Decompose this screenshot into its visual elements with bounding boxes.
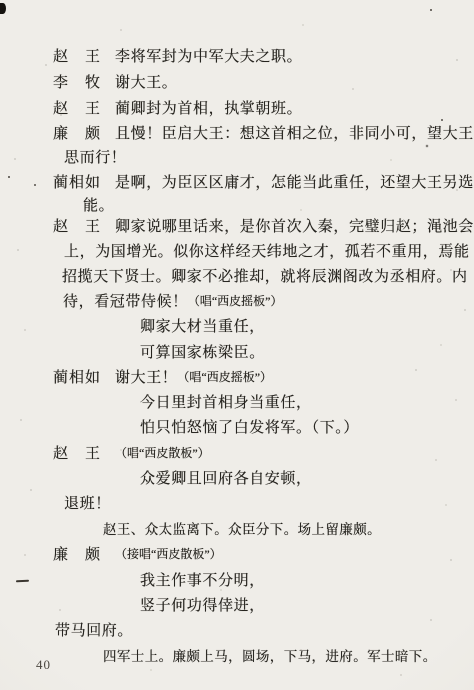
speaker-name: 廉 颇 <box>53 543 115 564</box>
scan-pencil-mark <box>16 580 29 583</box>
script-line: 上，为国增光。似你这样经天纬地之才，孤若不重用，焉能 <box>64 240 470 261</box>
aria-note: （唱“西皮摇板”） <box>188 294 283 308</box>
script-line: 蔺相如谢大王！（唱“西皮摇板”） <box>53 366 272 387</box>
script-line: 思而行！ <box>64 146 126 167</box>
script-line: 赵 王蔺卿封为首相，执掌朝班。 <box>53 97 302 118</box>
verse-text: 众爱卿且回府各自安顿， <box>140 471 312 487</box>
stage-direction: 赵王、众太监离下。众臣分下。场上留廉颇。 <box>103 518 381 538</box>
script-verse-line: 竖子何功得倖进， <box>140 594 265 615</box>
script-verse-line: 卿家大材当重任， <box>140 315 265 336</box>
script-line: 能。 <box>83 194 114 215</box>
dialogue-text: 谢大王！ <box>115 370 177 386</box>
verse-text: 卿家大材当重任， <box>140 319 265 335</box>
script-verse-line: 今日里封首相身当重任， <box>140 391 312 412</box>
exit-note: （下。） <box>312 420 359 436</box>
dialogue-text: 待，看冠带侍候！ <box>63 294 188 310</box>
script-line: 招揽天下贤士。卿家不必推却，就将辰渊阁改为丞相府。内 <box>62 265 468 286</box>
aria-note: （唱“西皮散板”） <box>115 446 210 460</box>
speaker-name: 蔺相如 <box>53 171 115 192</box>
verse-text: 竖子何功得倖进， <box>140 598 265 614</box>
aria-note: （接唱“西皮散板”） <box>115 547 222 561</box>
script-verse-line: 可算国家栋梁臣。 <box>140 341 265 362</box>
verse-text: 怕只怕怒恼了白发将军。 <box>140 420 312 436</box>
script-line: 带马回府。 <box>55 619 133 640</box>
speaker-name: 蔺相如 <box>53 366 115 387</box>
script-line: 赵 王（唱“西皮散板”） <box>53 442 210 463</box>
scan-ink-blob <box>0 3 6 14</box>
dialogue-text: 思而行！ <box>64 150 126 166</box>
script-line: 廉 颇（接唱“西皮散板”） <box>53 543 222 564</box>
aria-note: （唱“西皮摇板”） <box>177 370 272 384</box>
dialogue-text: 带马回府。 <box>55 623 133 639</box>
scan-speckles <box>0 0 2 2</box>
dialogue-text: 蔺卿封为首相，执掌朝班。 <box>115 101 302 117</box>
dialogue-text: 卿家说哪里话来，是你首次入秦，完璧归赵；渑池会 <box>115 219 474 235</box>
verse-text: 我主作事不分明， <box>140 573 265 589</box>
script-line: 待，看冠带侍候！（唱“西皮摇板”） <box>63 290 282 311</box>
speaker-name: 赵 王 <box>53 215 115 236</box>
script-line: 李 牧谢大王。 <box>53 71 177 92</box>
verse-text: 今日里封首相身当重任， <box>140 395 312 411</box>
dialogue-text: 上，为国增光。似你这样经天纬地之才，孤若不重用，焉能 <box>64 244 470 260</box>
speaker-name: 廉 颇 <box>53 122 115 143</box>
page-number: 40 <box>36 657 51 673</box>
script-line: 退班！ <box>64 492 111 513</box>
stage-text: 赵王、众太监离下。众臣分下。场上留廉颇。 <box>103 522 381 537</box>
dialogue-text: 谢大王。 <box>115 75 177 91</box>
speaker-name: 李 牧 <box>53 71 115 92</box>
script-line: 蔺相如是啊，为臣区区庸才，怎能当此重任，还望大王另选贤 <box>53 171 474 192</box>
dialogue-text: 李将军封为中军大夫之职。 <box>115 49 302 65</box>
script-line: 赵 王卿家说哪里话来，是你首次入秦，完璧归赵；渑池会 <box>53 215 474 236</box>
script-verse-line: 我主作事不分明， <box>140 569 265 590</box>
dialogue-text: 能。 <box>83 198 114 214</box>
script-line: 廉 颇且慢！臣启大王：想这首相之位，非同小可，望大王三 <box>53 122 474 143</box>
dialogue-text: 招揽天下贤士。卿家不必推却，就将辰渊阁改为丞相府。内 <box>62 269 468 285</box>
script-verse-line: 怕只怕怒恼了白发将军。（下。） <box>140 416 359 437</box>
dialogue-text: 且慢！臣启大王：想这首相之位，非同小可，望大王三 <box>115 126 474 142</box>
speaker-name: 赵 王 <box>53 45 115 66</box>
dialogue-text: 退班！ <box>64 496 111 512</box>
stage-direction: 四军士上。廉颇上马，圆场，下马，进府。军士暗下。 <box>103 645 437 665</box>
script-verse-line: 众爱卿且回府各自安顿， <box>140 467 312 488</box>
verse-text: 可算国家栋梁臣。 <box>140 345 265 361</box>
script-line: 赵 王李将军封为中军大夫之职。 <box>53 45 302 66</box>
stage-text: 四军士上。廉颇上马，圆场，下马，进府。军士暗下。 <box>103 649 437 664</box>
speaker-name: 赵 王 <box>53 442 115 463</box>
speaker-name: 赵 王 <box>53 97 115 118</box>
scanned-script-page: 赵 王李将军封为中军大夫之职。 李 牧谢大王。 赵 王蔺卿封为首相，执掌朝班。 … <box>0 0 474 690</box>
dialogue-text: 是啊，为臣区区庸才，怎能当此重任，还望大王另选贤 <box>115 175 474 191</box>
